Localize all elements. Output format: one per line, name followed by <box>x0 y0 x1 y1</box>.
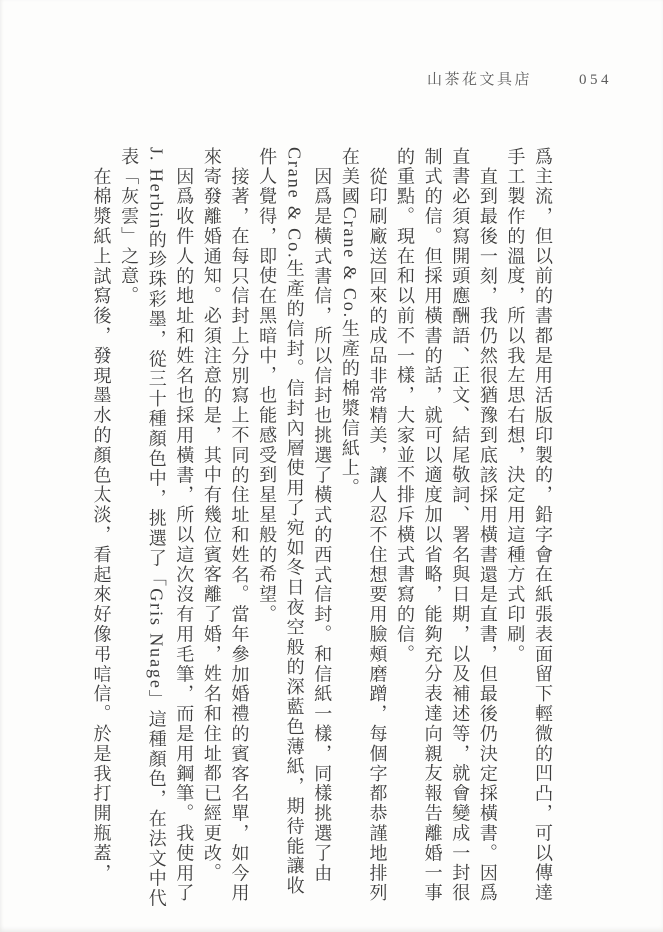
book-title: 山茶花文具店 <box>427 68 532 89</box>
body-text: 爲主流，但以前的書都是用活版印製的，鉛字會在紙張表面留下輕微的凹凸，可以傳達手工… <box>87 147 556 911</box>
paragraph: 爲主流，但以前的書都是用活版印製的，鉛字會在紙張表面留下輕微的凹凸，可以傳達手工… <box>501 147 556 911</box>
paragraph: 直到最後一刻，我仍然很猶豫到底該採用橫書還是直書，但最後仍決定採橫書。因爲直書必… <box>390 147 500 911</box>
paragraph: 因爲收件人的地址和姓名也採用橫書，所以這次沒有用毛筆，而是用鋼筆。我使用了J. … <box>115 147 198 911</box>
paragraph: 從印刷廠送回來的成品非常精美，讓人忍不住想要用臉頰磨蹭，每個字都恭謹地排列在美國… <box>335 147 390 911</box>
paragraph: 接著，在每只信封上分別寫上不同的住址和姓名。當年參加婚禮的賓客名單，如今用來寄發… <box>197 147 252 911</box>
book-page: 山茶花文具店 054 爲主流，但以前的書都是用活版印製的，鉛字會在紙張表面留下輕… <box>0 0 663 932</box>
paragraph: 因爲是橫式書信，所以信封也挑選了橫式的西式信封。和信紙一樣，同樣挑選了由Cran… <box>252 147 335 911</box>
running-header: 山茶花文具店 054 <box>427 68 612 89</box>
page-number: 054 <box>579 72 612 89</box>
paragraph: 在棉漿紙上試寫後，發現墨水的顏色太淡，看起來好像弔唁信。於是我打開瓶蓋， <box>87 147 115 911</box>
